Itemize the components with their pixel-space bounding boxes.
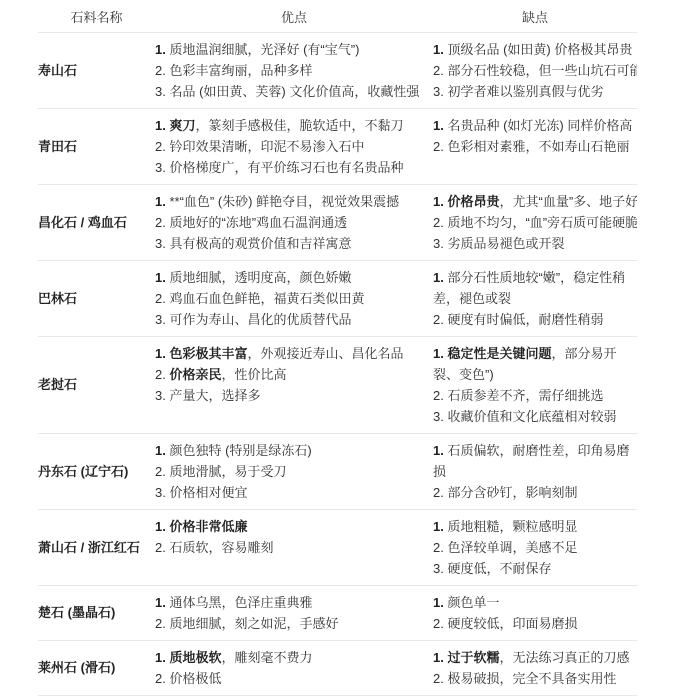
item-number: 2. [433,616,447,631]
table-row: 青田石1. 爽刀，篆刻手感极佳，脆软适中，不黏刀2. 钤印效果清晰，印泥不易渗入… [38,109,637,185]
cons-cell: 1. 颜色单一2. 硬度较低，印面易磨损 [433,592,637,634]
item-text: 石质软，容易雕刻 [169,540,273,555]
item-number: 2. [155,367,169,382]
item-number: 3. [155,312,169,327]
stone-name: 青田石 [38,115,155,178]
item-text: 可作为寿山、昌化的优质替代品 [169,312,351,327]
list-item: 1. 质地细腻，透明度高，颜色娇嫩 [155,267,433,288]
cons-cell: 1. 质地粗糙，颗粒感明显2. 色泽较单调，美感不足3. 硬度低，不耐保存 [433,516,637,579]
item-number: 1. [433,42,447,57]
item-text: ，尤其“血量”多、地子好的 [499,194,637,209]
item-text: 颜色单一 [447,595,499,610]
item-text: ，无法练习真正的刀感 [499,650,629,665]
item-bold-text: 过于软糯 [447,650,499,665]
item-number: 2. [155,63,169,78]
cons-cell: 1. 顶级名品 (如田黄) 价格极其昂贵2. 部分石性较稳，但一些山坑石可能易3… [433,39,637,102]
pros-cell: 1. 色彩极其丰富，外观接近寿山、昌化名品2. 价格亲民，性价比高3. 产量大，… [155,343,433,427]
item-number: 1. [155,42,169,57]
item-number: 2. [433,312,447,327]
pros-cell: 1. **“血色” (朱砂) 鲜艳夺目，视觉效果震撼2. 质地好的“冻地”鸡血石… [155,191,433,254]
list-item: 2. 部分含砂钉，影响刻制 [433,482,637,503]
pros-cell: 1. 颜色独特 (特别是绿冻石)2. 质地滑腻，易于受刀3. 价格相对便宜 [155,440,433,503]
item-number: 2. [155,291,169,306]
cons-cell: 1. 过于软糯，无法练习真正的刀感2. 极易破损，完全不具备实用性 [433,647,637,689]
item-number: 3. [433,84,447,99]
item-text: 色彩丰富绚丽，品种多样 [169,63,312,78]
list-item: 2. 质地不均匀，“血”旁石质可能硬脆， [433,212,637,233]
list-item: 1. 部分石性质地较“嫩”，稳定性稍差，褪色或裂 [433,267,637,309]
pros-cell: 1. 质地极软，雕刻毫不费力2. 价格极低 [155,647,433,689]
item-text: 顶级名品 (如田黄) 价格极其昂贵 [447,42,632,57]
item-text: 部分含砂钉，影响刻制 [447,485,577,500]
item-number: 3. [433,409,447,424]
stone-name: 丹东石 (辽宁石) [38,440,155,503]
item-text: 质地温润细腻，光泽好 (有“宝气”) [169,42,359,57]
item-number: 2. [155,616,169,631]
list-item: 1. 价格非常低廉 [155,516,433,537]
item-bold-text: 稳定性是关键问题 [447,346,551,361]
list-item: 1. 顶级名品 (如田黄) 价格极其昂贵 [433,39,637,60]
item-number: 1. [433,118,447,133]
item-number: 1. [155,443,169,458]
item-text: 初学者难以鉴别真假与优劣 [447,84,603,99]
list-item: 1. 质地温润细腻，光泽好 (有“宝气”) [155,39,433,60]
item-number: 1. [155,346,169,361]
item-number: 1. [433,519,447,534]
item-number: 2. [155,139,169,154]
item-text: 钤印效果清晰，印泥不易渗入石中 [169,139,364,154]
item-number: 3. [433,561,447,576]
item-text: 名贵品种 (如灯光冻) 同样价格高 [447,118,632,133]
item-number: 2. [155,540,169,555]
item-number: 1. [433,443,447,458]
item-text: ，雕刻毫不费力 [221,650,312,665]
item-bold-text: 价格亲民 [169,367,221,382]
item-text: 硬度较低，印面易磨损 [447,616,577,631]
item-text: 鸡血石血色鲜艳，福黄石类似田黄 [169,291,364,306]
item-bold-text: 价格非常低廉 [169,519,247,534]
table-row: 丹东石 (辽宁石)1. 颜色独特 (特别是绿冻石)2. 质地滑腻，易于受刀3. … [38,434,637,510]
list-item: 1. 质地粗糙，颗粒感明显 [433,516,637,537]
stone-name: 巴林石 [38,267,155,330]
item-text: 价格相对便宜 [169,485,247,500]
item-text: 硬度有时偏低，耐磨性稍弱 [447,312,603,327]
item-number: 3. [155,485,169,500]
list-item: 1. 颜色独特 (特别是绿冻石) [155,440,433,461]
list-item: 1. 名贵品种 (如灯光冻) 同样价格高 [433,115,637,136]
table-header: 石料名称 优点 缺点 [38,0,637,33]
list-item: 3. 名品 (如田黄、芙蓉) 文化价值高，收藏性强 [155,81,433,102]
item-number: 1. [155,118,169,133]
item-bold-text: 爽刀 [169,118,195,133]
item-text: 极易破损，完全不具备实用性 [447,671,616,686]
stone-name: 昌化石 / 鸡血石 [38,191,155,254]
header-col-pros: 优点 [155,7,433,26]
pros-cell: 1. 爽刀，篆刻手感极佳，脆软适中，不黏刀2. 钤印效果清晰，印泥不易渗入石中3… [155,115,433,178]
cons-cell: 1. 价格昂贵，尤其“血量”多、地子好的2. 质地不均匀，“血”旁石质可能硬脆，… [433,191,637,254]
item-text: 劣质品易褪色或开裂 [447,236,564,251]
list-item: 3. 硬度低，不耐保存 [433,558,637,579]
table-row: 萧山石 / 浙江红石1. 价格非常低廉2. 石质软，容易雕刻1. 质地粗糙，颗粒… [38,510,637,586]
item-text: 通体乌黑，色泽庄重典雅 [169,595,312,610]
item-text: 质地不均匀，“血”旁石质可能硬脆， [447,215,637,230]
pros-cell: 1. 通体乌黑，色泽庄重典雅2. 质地细腻，刻之如泥，手感好 [155,592,433,634]
cons-cell: 1. 名贵品种 (如灯光冻) 同样价格高2. 色彩相对素雅，不如寿山石艳丽 [433,115,637,178]
list-item: 3. 产量大，选择多 [155,385,433,406]
item-number: 1. [433,346,447,361]
list-item: 3. 可作为寿山、昌化的优质替代品 [155,309,433,330]
list-item: 3. 劣质品易褪色或开裂 [433,233,637,254]
item-text: 名品 (如田黄、芙蓉) 文化价值高，收藏性强 [169,84,419,99]
item-number: 1. [433,270,447,285]
item-text: 质地粗糙，颗粒感明显 [447,519,577,534]
item-text: 质地细腻，刻之如泥，手感好 [169,616,338,631]
list-item: 1. 稳定性是关键问题，部分易开裂、变色”) [433,343,637,385]
list-item: 1. 石质偏软，耐磨性差，印角易磨损 [433,440,637,482]
list-item: 1. 质地极软，雕刻毫不费力 [155,647,433,668]
item-number: 3. [155,160,169,175]
list-item: 2. 价格极低 [155,668,433,689]
item-number: 2. [155,464,169,479]
item-number: 1. [155,519,169,534]
list-item: 1. 通体乌黑，色泽庄重典雅 [155,592,433,613]
stone-name: 萧山石 / 浙江红石 [38,516,155,579]
header-col-name: 石料名称 [38,7,155,26]
stone-name: 寿山石 [38,39,155,102]
item-text: **“血色” (朱砂) 鲜艳夺目，视觉效果震撼 [169,194,399,209]
list-item: 2. 钤印效果清晰，印泥不易渗入石中 [155,136,433,157]
list-item: 2. 部分石性较稳，但一些山坑石可能易 [433,60,637,81]
item-text: 硬度低，不耐保存 [447,561,551,576]
item-text: 颜色独特 (特别是绿冻石) [169,443,311,458]
item-text: ，篆刻手感极佳，脆软适中，不黏刀 [195,118,403,133]
list-item: 1. 价格昂贵，尤其“血量”多、地子好的 [433,191,637,212]
item-number: 2. [155,671,169,686]
item-number: 2. [433,540,447,555]
list-item: 2. 石质软，容易雕刻 [155,537,433,558]
list-item: 2. 质地细腻，刻之如泥，手感好 [155,613,433,634]
list-item: 1. 过于软糯，无法练习真正的刀感 [433,647,637,668]
table-row: 昌化石 / 鸡血石1. **“血色” (朱砂) 鲜艳夺目，视觉效果震撼2. 质地… [38,185,637,261]
list-item: 1. **“血色” (朱砂) 鲜艳夺目，视觉效果震撼 [155,191,433,212]
list-item: 2. 价格亲民，性价比高 [155,364,433,385]
item-text: 石质偏软，耐磨性差，印角易磨损 [433,443,629,479]
list-item: 2. 硬度有时偏低，耐磨性稍弱 [433,309,637,330]
item-text: 色泽较单调，美感不足 [447,540,577,555]
table-row: 莱州石 (滑石)1. 质地极软，雕刻毫不费力2. 价格极低1. 过于软糯，无法练… [38,641,637,696]
item-number: 3. [433,236,447,251]
table-row: 楚石 (墨晶石)1. 通体乌黑，色泽庄重典雅2. 质地细腻，刻之如泥，手感好1.… [38,586,637,641]
item-text: 产量大，选择多 [169,388,260,403]
list-item: 3. 收藏价值和文化底蕴相对较弱 [433,406,637,427]
item-number: 2. [433,215,447,230]
list-item: 2. 极易破损，完全不具备实用性 [433,668,637,689]
list-item: 3. 初学者难以鉴别真假与优劣 [433,81,637,102]
list-item: 2. 鸡血石血色鲜艳，福黄石类似田黄 [155,288,433,309]
pros-cell: 1. 质地温润细腻，光泽好 (有“宝气”)2. 色彩丰富绚丽，品种多样3. 名品… [155,39,433,102]
item-number: 3. [155,236,169,251]
item-text: 收藏价值和文化底蕴相对较弱 [447,409,616,424]
list-item: 2. 色彩相对素雅，不如寿山石艳丽 [433,136,637,157]
list-item: 3. 价格梯度广，有平价练习石也有名贵品种 [155,157,433,178]
stone-name: 老挝石 [38,343,155,427]
list-item: 2. 质地好的“冻地”鸡血石温润通透 [155,212,433,233]
list-item: 3. 具有极高的观赏价值和吉祥寓意 [155,233,433,254]
list-item: 2. 硬度较低，印面易磨损 [433,613,637,634]
list-item: 2. 色泽较单调，美感不足 [433,537,637,558]
item-number: 1. [155,595,169,610]
item-number: 1. [155,270,169,285]
item-text: 色彩相对素雅，不如寿山石艳丽 [447,139,629,154]
pros-cell: 1. 质地细腻，透明度高，颜色娇嫩2. 鸡血石血色鲜艳，福黄石类似田黄3. 可作… [155,267,433,330]
item-number: 1. [433,595,447,610]
item-number: 1. [433,194,447,209]
stone-name: 楚石 (墨晶石) [38,592,155,634]
pros-cell: 1. 价格非常低廉2. 石质软，容易雕刻 [155,516,433,579]
item-number: 2. [433,671,447,686]
item-bold-text: 价格昂贵 [447,194,499,209]
stone-name: 莱州石 (滑石) [38,647,155,689]
item-text: 部分石性较稳，但一些山坑石可能易 [447,63,637,78]
item-number: 3. [155,388,169,403]
item-text: ，外观接近寿山、昌化名品 [247,346,403,361]
list-item: 1. 色彩极其丰富，外观接近寿山、昌化名品 [155,343,433,364]
item-text: 质地好的“冻地”鸡血石温润通透 [169,215,347,230]
table-row: 老挝石1. 色彩极其丰富，外观接近寿山、昌化名品2. 价格亲民，性价比高3. 产… [38,337,637,434]
item-number: 2. [433,485,447,500]
item-text: 价格梯度广，有平价练习石也有名贵品种 [169,160,403,175]
cons-cell: 1. 稳定性是关键问题，部分易开裂、变色”)2. 石质参差不齐，需仔细挑选3. … [433,343,637,427]
item-number: 1. [433,650,447,665]
item-number: 1. [155,650,169,665]
item-text: 价格极低 [169,671,221,686]
list-item: 2. 石质参差不齐，需仔细挑选 [433,385,637,406]
list-item: 2. 质地滑腻，易于受刀 [155,461,433,482]
stone-comparison-table: 石料名称 优点 缺点 寿山石1. 质地温润细腻，光泽好 (有“宝气”)2. 色彩… [38,0,637,696]
item-text: 质地滑腻，易于受刀 [169,464,286,479]
table-body: 寿山石1. 质地温润细腻，光泽好 (有“宝气”)2. 色彩丰富绚丽，品种多样3.… [38,33,637,696]
cons-cell: 1. 部分石性质地较“嫩”，稳定性稍差，褪色或裂2. 硬度有时偏低，耐磨性稍弱 [433,267,637,330]
cons-cell: 1. 石质偏软，耐磨性差，印角易磨损2. 部分含砂钉，影响刻制 [433,440,637,503]
item-text: 具有极高的观赏价值和吉祥寓意 [169,236,351,251]
list-item: 1. 颜色单一 [433,592,637,613]
item-number: 1. [155,194,169,209]
item-text: ，性价比高 [221,367,286,382]
table-row: 巴林石1. 质地细腻，透明度高，颜色娇嫩2. 鸡血石血色鲜艳，福黄石类似田黄3.… [38,261,637,337]
item-text: 部分石性质地较“嫩”，稳定性稍差，褪色或裂 [433,270,625,306]
item-text: 质地细腻，透明度高，颜色娇嫩 [169,270,351,285]
item-number: 2. [433,388,447,403]
list-item: 1. 爽刀，篆刻手感极佳，脆软适中，不黏刀 [155,115,433,136]
item-number: 2. [155,215,169,230]
item-bold-text: 色彩极其丰富 [169,346,247,361]
item-number: 2. [433,63,447,78]
item-number: 3. [155,84,169,99]
item-bold-text: 质地极软 [169,650,221,665]
item-number: 2. [433,139,447,154]
item-text: 石质参差不齐，需仔细挑选 [447,388,603,403]
list-item: 2. 色彩丰富绚丽，品种多样 [155,60,433,81]
table-row: 寿山石1. 质地温润细腻，光泽好 (有“宝气”)2. 色彩丰富绚丽，品种多样3.… [38,33,637,109]
list-item: 3. 价格相对便宜 [155,482,433,503]
header-col-cons: 缺点 [433,7,637,26]
